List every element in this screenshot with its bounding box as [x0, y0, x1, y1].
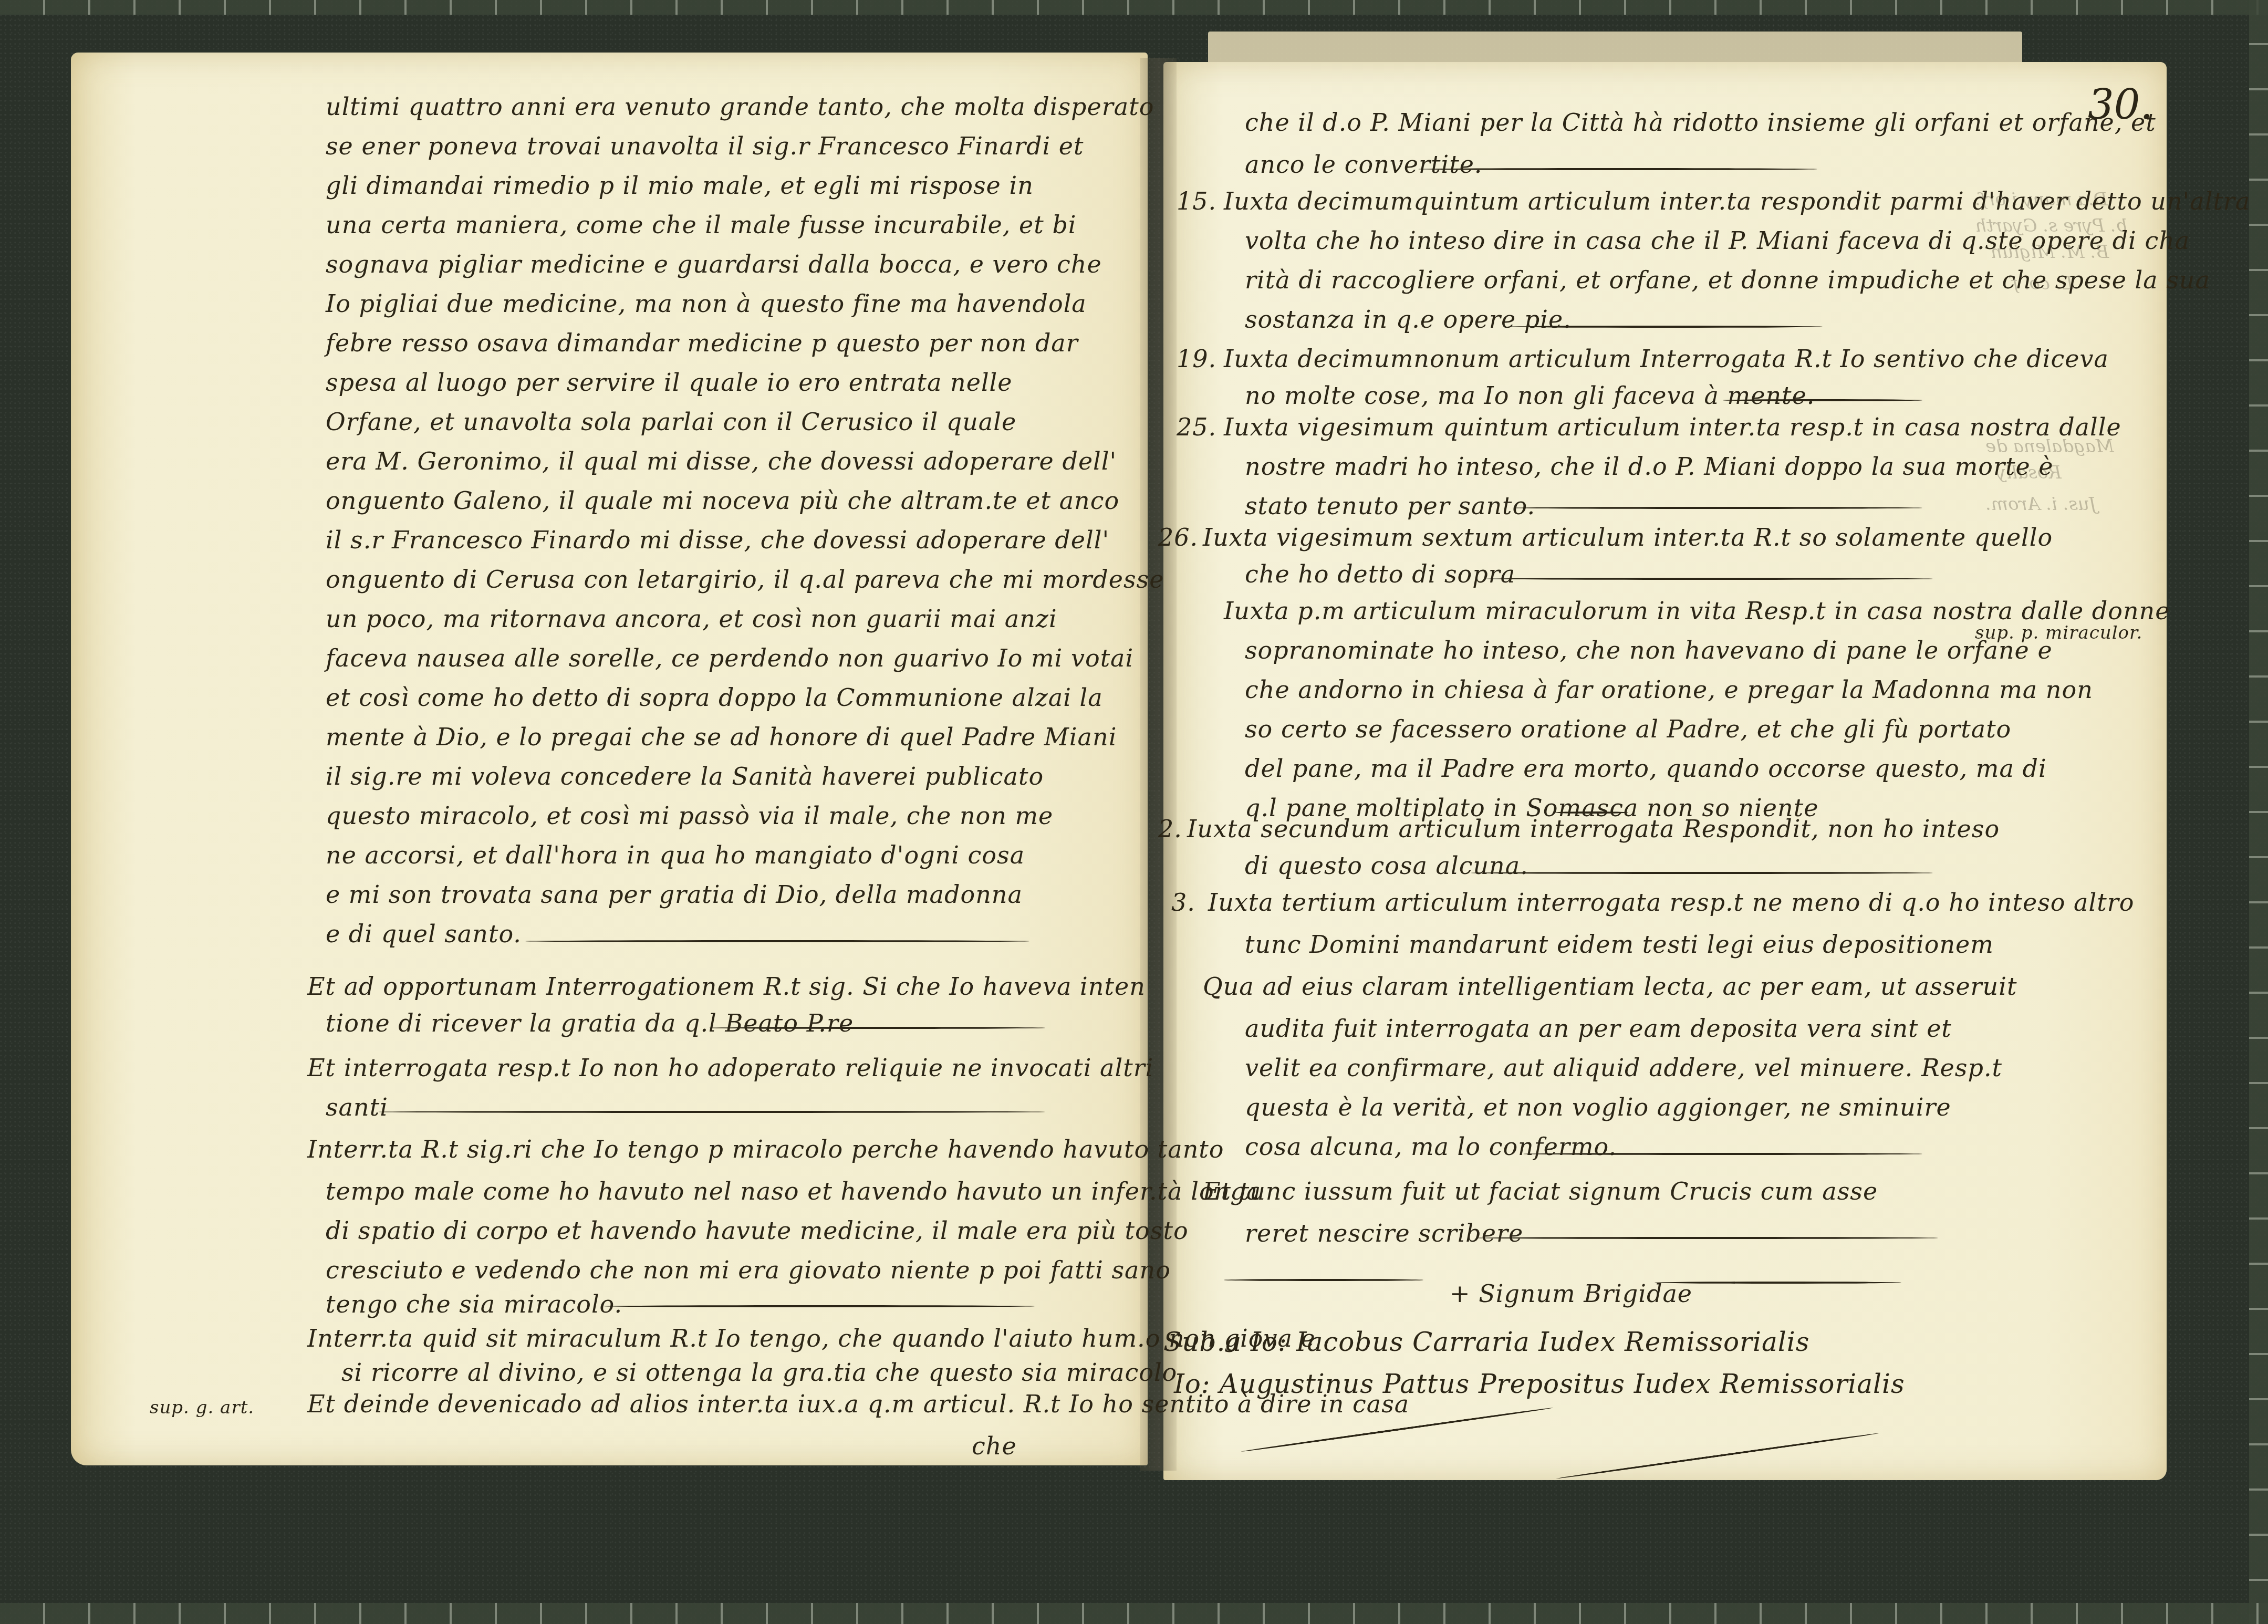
bleed-through-text: Jus. i. Arom. [1985, 494, 2096, 515]
line-filler-stroke [1723, 399, 1922, 401]
manuscript-line: Orfane, et unavolta sola parlai con il C… [326, 410, 1016, 434]
line-filler-stroke [1224, 1279, 1423, 1281]
line-filler-stroke [1476, 1237, 1938, 1239]
manuscript-line: Iuxta decimumquintum articulum inter.ta … [1224, 189, 2250, 213]
manuscript-line: tunc Domini mandarunt eidem testi legi e… [1245, 932, 1994, 956]
manuscript-line: che il d.o P. Miani per la Città hà rido… [1245, 110, 2156, 134]
manuscript-line: Et ad opportunam Interrogationem R.t sig… [307, 974, 1146, 998]
manuscript-line: audita fuit interrogata an per eam depos… [1245, 1016, 1952, 1040]
manuscript-line: ne accorsi, et dall'hora in qua ho mangi… [326, 843, 1025, 867]
manuscript-line: onguento di Cerusa con letargirio, il q.… [326, 567, 1164, 591]
manuscript-line: cosa alcuna, ma lo confermo. [1245, 1134, 1617, 1159]
catchword: che [972, 1434, 1017, 1458]
manuscript-line: febre resso osava dimandar medicine p qu… [326, 331, 1078, 355]
line-filler-stroke [1523, 1153, 1922, 1155]
manuscript-line: mente à Dio, e lo pregai che se ad honor… [326, 725, 1117, 749]
manuscript-line: Et interrogata resp.t Io non ho adoperat… [307, 1056, 1153, 1080]
margin-note: sup. p. miraculor. [1975, 622, 2142, 643]
manuscript-line: so certo se facessero oratione al Padre,… [1245, 717, 2011, 741]
manuscript-line: no molte cose, ma Io non gli faceva à me… [1245, 383, 1815, 408]
line-filler-stroke [1471, 872, 1933, 874]
manuscript-line: di questo cosa alcuna. [1245, 853, 1528, 878]
manuscript-line: il sig.re mi voleva concedere la Sanità … [326, 764, 1044, 788]
manuscript-line: una certa maniera, come che il male fuss… [326, 213, 1077, 237]
manuscript-line: gli dimandai rimedio p il mio male, et e… [326, 173, 1034, 197]
line-filler-stroke [1555, 811, 1628, 814]
article-number: 3. [1171, 890, 1195, 914]
manuscript-line: faceva nausea alle sorelle, ce perdendo … [326, 646, 1133, 670]
scale-ruler-right [2249, 0, 2268, 1624]
manuscript-line: rità di raccogliere orfani, et orfane, e… [1245, 268, 2210, 292]
manuscript-line: il s.r Francesco Finardo mi disse, che d… [326, 528, 1109, 552]
line-filler-stroke [525, 940, 1029, 942]
manuscript-line: Et tunc iussum fuit ut faciat signum Cru… [1203, 1179, 1878, 1203]
manuscript-line: anco le convertite. [1245, 152, 1483, 176]
manuscript-line: sopranominate ho inteso, che non havevan… [1245, 638, 2053, 662]
article-number: 15. [1177, 189, 1216, 213]
manuscript-line: sostanza in q.e opere pie. [1245, 307, 1572, 331]
manuscript-line: Iuxta decimumnonum articulum Interrogata… [1224, 347, 2109, 371]
manuscript-line: ultimi quattro anni era venuto grande ta… [326, 95, 1154, 119]
line-filler-stroke [1418, 168, 1817, 170]
manuscript-line: questa è la verità, et non voglio aggion… [1245, 1095, 1951, 1119]
manuscript-line: tengo che sia miracolo. [326, 1292, 622, 1316]
line-filler-stroke [604, 1305, 1035, 1307]
signatory-line: Sub.a Io: Iacobus Carraria Iudex Remisso… [1163, 1329, 1809, 1355]
signature-cross-mark: + Signum Brigidae [1450, 1282, 1692, 1306]
manuscript-line: volta che ho inteso dire in casa che il … [1245, 228, 2190, 253]
manuscript-line: e mi son trovata sana per gratia di Dio,… [326, 882, 1023, 907]
manuscript-line: velit ea confirmare, aut aliquid addere,… [1245, 1056, 2002, 1080]
manuscript-line: del pane, ma il Padre era morto, quando … [1245, 756, 2047, 780]
manuscript-line: Interr.ta R.t sig.ri che Io tengo p mira… [307, 1137, 1224, 1161]
manuscript-line: un poco, ma ritornava ancora, et così no… [326, 607, 1057, 631]
manuscript-line: Iuxta secundum articulum interrogata Res… [1187, 817, 2000, 841]
line-filler-stroke [1513, 507, 1922, 509]
manuscript-line: onguento Galeno, il quale mi noceva più … [326, 488, 1119, 513]
manuscript-line: era M. Geronimo, il qual mi disse, che d… [326, 449, 1117, 473]
manuscript-line: Iuxta tertium articulum interrogata resp… [1208, 890, 2134, 914]
manuscript-line: Iuxta vigesimum quintum articulum inter.… [1224, 415, 2121, 439]
article-number: 25. [1177, 415, 1216, 439]
line-filler-stroke [709, 1027, 1045, 1029]
article-number: 19. [1177, 347, 1216, 371]
scale-ruler-top [0, 0, 2268, 15]
manuscript-line: reret nescire scribere [1245, 1221, 1523, 1245]
manuscript-line: et così come ho detto di sopra doppo la … [326, 685, 1103, 710]
manuscript-line: nostre madri ho inteso, che il d.o P. Mi… [1245, 454, 2054, 478]
scale-ruler-bottom [0, 1603, 2268, 1624]
line-filler-stroke [1507, 326, 1823, 328]
signatory-line: Io: Augustinus Pattus Prepositus Iudex R… [1174, 1371, 1905, 1397]
manuscript-line: Io pigliai due medicine, ma non à questo… [326, 292, 1087, 316]
manuscript-line: questo miracolo, et così mi passò via il… [326, 804, 1053, 828]
manuscript-line: che ho detto di sopra [1245, 562, 1515, 586]
article-number: 2. [1158, 817, 1182, 841]
manuscript-line: e di quel santo. [326, 922, 522, 946]
manuscript-line: sognava pigliar medicine e guardarsi dal… [326, 252, 1102, 276]
manuscript-line: santi [326, 1095, 388, 1119]
manuscript-line: Qua ad eius claram intelligentiam lecta,… [1203, 974, 2017, 998]
line-filler-stroke [1486, 578, 1933, 580]
manuscript-line: di spatio di corpo et havendo havute med… [326, 1219, 1189, 1243]
article-number: 26. [1158, 525, 1198, 549]
manuscript-line: si ricorre al divino, e si ottenga la gr… [341, 1360, 1177, 1384]
manuscript-line: Iuxta p.m articulum miraculorum in vita … [1224, 599, 2170, 623]
manuscript-line: che andorno in chiesa à far oratione, e … [1245, 678, 2093, 702]
margin-note: sup. g. art. [150, 1397, 254, 1418]
manuscript-line: tione di ricever la gratia da q.l Beato … [326, 1011, 854, 1035]
manuscript-line: Iuxta vigesimum sextum articulum inter.t… [1203, 525, 2053, 549]
manuscript-line: cresciuto e vedendo che non mi era giova… [326, 1258, 1171, 1282]
manuscript-line: stato tenuto per santo. [1245, 494, 1535, 518]
manuscript-line: se ener poneva trovai unavolta il sig.r … [326, 134, 1084, 158]
manuscript-line: spesa al luogo per servire il quale io e… [326, 370, 1013, 394]
manuscript-line: tempo male come ho havuto nel naso et ha… [326, 1179, 1261, 1203]
line-filler-stroke [378, 1111, 1045, 1113]
